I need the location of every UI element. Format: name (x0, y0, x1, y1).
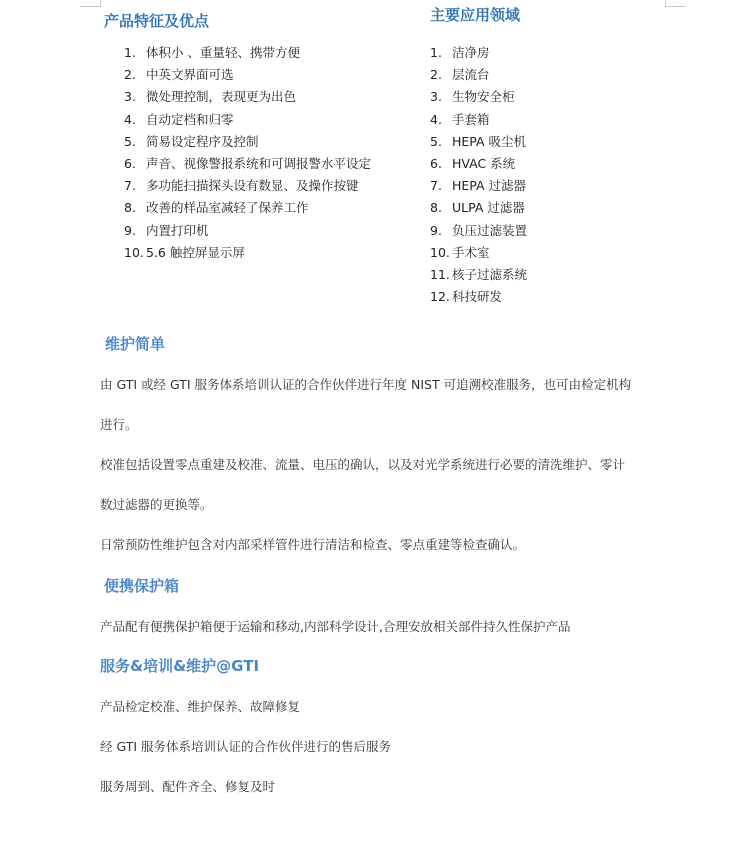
list-item: 2.层流台 (430, 64, 527, 86)
list-item: 6.HVAC 系统 (430, 153, 527, 175)
list-item: 3.微处理控制，表现更为出色 (124, 86, 371, 108)
features-list: 1.体积小 、重量轻、携带方便 2.中英文界面可选 3.微处理控制，表现更为出色… (124, 42, 371, 264)
maintenance-heading: 维护简单 (105, 334, 165, 354)
list-item: 1.体积小 、重量轻、携带方便 (124, 42, 371, 64)
features-heading: 产品特征及优点 (104, 11, 209, 31)
applications-list: 1.洁净房 2.层流台 3.生物安全柜 4.手套箱 5.HEPA 吸尘机 6.H… (430, 42, 527, 308)
list-item: 9.内置打印机 (124, 220, 371, 242)
list-item: 7.多功能扫描探头设有数显、及操作按键 (124, 175, 371, 197)
list-item: 10.5.6 触控屏显示屏 (124, 242, 371, 264)
maintenance-paragraph-3: 日常预防性维护包含对内部采样管件进行清洁和检查、零点重建等检查确认。 (100, 536, 525, 554)
list-item: 5.简易设定程序及控制 (124, 131, 371, 153)
service-paragraph-3: 服务周到、配件齐全、修复及时 (100, 778, 275, 796)
list-item: 3.生物安全柜 (430, 86, 527, 108)
case-heading: 便携保护箱 (104, 576, 179, 596)
list-item: 8.ULPA 过滤器 (430, 197, 527, 219)
list-item: 6.声音、视像警报系统和可调报警水平设定 (124, 153, 371, 175)
list-item: 9.负压过滤装置 (430, 220, 527, 242)
page-corner-mark-left (80, 0, 101, 7)
list-item: 11.核子过滤系统 (430, 264, 527, 286)
service-paragraph-1: 产品检定校准、维护保养、故障修复 (100, 698, 300, 716)
maintenance-paragraph-2: 校准包括设置零点重建及校准、流量、电压的确认，以及对光学系统进行必要的清洗维护、… (100, 456, 625, 474)
service-heading: 服务&培训&维护@GTI (100, 656, 259, 676)
service-paragraph-2: 经 GTI 服务体系培训认证的合作伙伴进行的售后服务 (100, 738, 391, 756)
list-item: 2.中英文界面可选 (124, 64, 371, 86)
list-item: 8.改善的样品室减轻了保养工作 (124, 197, 371, 219)
list-item: 4.自动定档和归零 (124, 109, 371, 131)
applications-heading: 主要应用领域 (430, 5, 520, 25)
maintenance-paragraph-1-cont: 进行。 (100, 416, 138, 434)
list-item: 12.科技研发 (430, 286, 527, 308)
case-paragraph: 产品配有便携保护箱便于运输和移动,内部科学设计,合理安放相关部件持久性保护产品 (100, 618, 570, 636)
page-corner-mark-right (665, 0, 686, 7)
list-item: 1.洁净房 (430, 42, 527, 64)
list-item: 4.手套箱 (430, 109, 527, 131)
maintenance-paragraph-2-cont: 数过滤器的更换等。 (100, 496, 213, 514)
list-item: 10.手术室 (430, 242, 527, 264)
maintenance-paragraph-1: 由 GTI 或经 GTI 服务体系培训认证的合作伙伴进行年度 NIST 可追溯校… (100, 376, 631, 394)
list-item: 7.HEPA 过滤器 (430, 175, 527, 197)
list-item: 5.HEPA 吸尘机 (430, 131, 527, 153)
